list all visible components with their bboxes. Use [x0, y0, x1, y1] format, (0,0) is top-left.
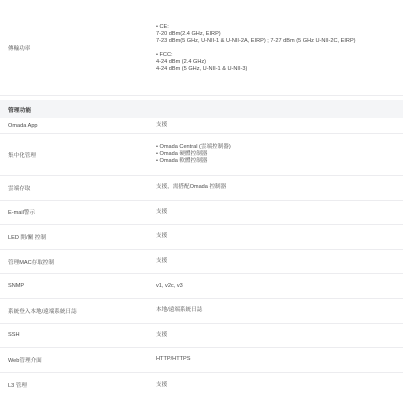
- spec-label: Omada App: [0, 123, 156, 129]
- spec-label: 雲端存取: [0, 184, 156, 192]
- value-line: • Omada Central (雲端控制器): [156, 144, 403, 151]
- spec-value: 支援，需搭配Omada 控制器: [156, 184, 403, 191]
- spec-label: 系統登入本地/遠端系統日誌: [0, 307, 156, 315]
- spec-row-led-control: LED 開/關 控制 支援: [0, 225, 403, 250]
- spacer: [156, 45, 403, 52]
- spec-label: LED 開/關 控制: [0, 233, 156, 241]
- spec-label: E-mail警示: [0, 208, 156, 216]
- spec-value: 支援: [156, 209, 403, 216]
- spec-label: 傳輸功率: [0, 44, 156, 52]
- value-line: • Omada 硬體控制器: [156, 151, 403, 158]
- fcc-line: 4-24 dBm (2.4 GHz): [156, 59, 403, 66]
- spec-value: 支援: [156, 258, 403, 265]
- spec-row-web-management: Web管理介面 HTTP/HTTPS: [0, 348, 403, 373]
- spec-label: SNMP: [0, 283, 156, 289]
- spec-row-mac-access-control: 管理MAC存取控制 支援: [0, 250, 403, 275]
- spec-value: 支援: [156, 122, 403, 129]
- spec-row-ssh: SSH 支援: [0, 324, 403, 349]
- spec-value: 支援: [156, 332, 403, 339]
- ce-header: • CE:: [156, 24, 403, 31]
- spec-row-omada-app: Omada App 支援: [0, 118, 403, 134]
- spec-row-cloud-access: 雲端存取 支援，需搭配Omada 控制器: [0, 176, 403, 201]
- spec-table: 傳輸功率 • CE: 7-20 dBm(2.4 GHz, EIRP) 7-23 …: [0, 0, 403, 96]
- value-line: • Omada 軟體控制器: [156, 158, 403, 165]
- spec-value: 本地/遠端系統日誌: [156, 307, 403, 314]
- spec-label: L3 管理: [0, 381, 156, 389]
- ce-line: 7-23 dBm(5 GHz, U-NII-1 & U-NII-2A, EIRP…: [156, 38, 403, 45]
- spec-value: • Omada Central (雲端控制器) • Omada 硬體控制器 • …: [156, 144, 403, 165]
- section-header-management: 管理功能: [0, 100, 403, 118]
- spec-label: Web管理介面: [0, 356, 156, 364]
- spec-value: HTTP/HTTPS: [156, 356, 403, 363]
- fcc-line: 4-24 dBm (5 GHz, U-NII-1 & U-NII-3): [156, 66, 403, 73]
- spec-value: v1, v2c, v3: [156, 283, 403, 290]
- spec-row-email-alert: E-mail警示 支援: [0, 201, 403, 226]
- spec-value: 支援: [156, 382, 403, 389]
- spec-label: SSH: [0, 332, 156, 338]
- spec-value: 支援: [156, 233, 403, 240]
- section-title: 管理功能: [0, 105, 31, 114]
- spec-row-l3-management: L3 管理 支援: [0, 373, 403, 398]
- spec-row-transmit-power: 傳輸功率 • CE: 7-20 dBm(2.4 GHz, EIRP) 7-23 …: [0, 0, 403, 96]
- spec-row-syslog: 系統登入本地/遠端系統日誌 本地/遠端系統日誌: [0, 299, 403, 324]
- ce-line: 7-20 dBm(2.4 GHz, EIRP): [156, 31, 403, 38]
- spec-value: • CE: 7-20 dBm(2.4 GHz, EIRP) 7-23 dBm(5…: [156, 22, 403, 73]
- fcc-header: • FCC:: [156, 52, 403, 59]
- spec-label: 集中化管理: [0, 151, 156, 159]
- spec-label: 管理MAC存取控制: [0, 258, 156, 266]
- spec-row-snmp: SNMP v1, v2c, v3: [0, 274, 403, 299]
- management-rows: Omada App 支援 集中化管理 • Omada Central (雲端控制…: [0, 118, 403, 397]
- spec-row-centralized-management: 集中化管理 • Omada Central (雲端控制器) • Omada 硬體…: [0, 134, 403, 176]
